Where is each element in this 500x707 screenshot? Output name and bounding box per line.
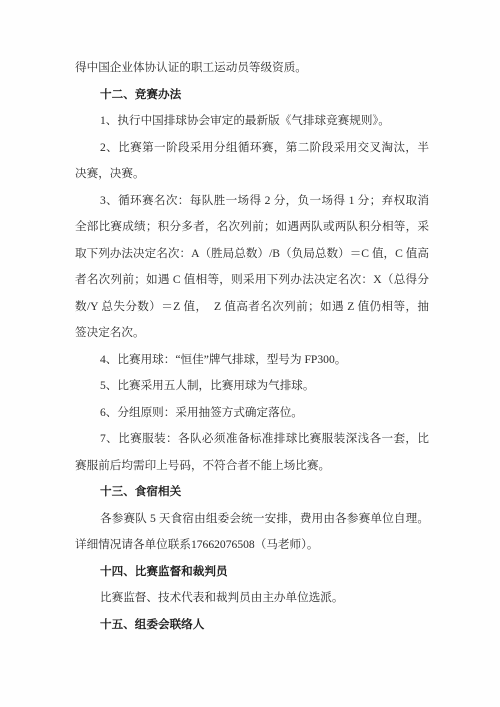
doc-line: 各参赛队 5 天食宿由组委会统一安排，费用由各参赛单位自理。 [75, 506, 429, 533]
doc-line: 得中国企业体协认证的职工运动员等级资质。 [75, 55, 429, 82]
doc-line: 签决定名次。 [75, 320, 429, 347]
doc-line: 1、执行中国排球协会审定的最新版《气排球竞赛规则》。 [75, 108, 429, 135]
doc-line: 3、循环赛名次：每队胜一场得 2 分，负一场得 1 分；弃权取消 [75, 188, 429, 215]
doc-line: 7、比赛服装：各队必须准备标准排球比赛服装深浅各一套，比 [75, 426, 429, 453]
doc-line: 者名次列前；如遇 C 值相等，则采用下列办法决定名次：X（总得分 [75, 267, 429, 294]
doc-line: 全部比赛成绩；积分多者，名次列前；如遇两队或两队积分相等，采 [75, 214, 429, 241]
section-heading: 十五、组委会联络人 [75, 612, 429, 639]
doc-line: 详细情况请各单位联系17662076508（马老师）。 [75, 532, 429, 559]
doc-line: 5、比赛采用五人制，比赛用球为气排球。 [75, 373, 429, 400]
document-text-block: 得中国企业体协认证的职工运动员等级资质。 十二、竞赛办法 1、执行中国排球协会审… [75, 55, 429, 638]
doc-line: 取下列办法决定名次：A（胜局总数）/B（负局总数）＝C 值，C 值高 [75, 241, 429, 268]
doc-line: 4、比赛用球：“恒佳”牌气排球，型号为 FP300。 [75, 347, 429, 374]
document-page: 得中国企业体协认证的职工运动员等级资质。 十二、竞赛办法 1、执行中国排球协会审… [0, 0, 500, 707]
section-heading: 十四、比赛监督和裁判员 [75, 559, 429, 586]
doc-line: 数/Y 总失分数）＝Z 值， Z 值高者名次列前；如遇 Z 值仍相等，抽 [75, 294, 429, 321]
doc-line: 2、比赛第一阶段采用分组循环赛，第二阶段采用交叉淘汰，半 [75, 135, 429, 162]
section-heading: 十三、食宿相关 [75, 479, 429, 506]
doc-line: 决赛，决赛。 [75, 161, 429, 188]
section-heading: 十二、竞赛办法 [75, 82, 429, 109]
doc-line: 赛服前后均需印上号码，不符合者不能上场比赛。 [75, 453, 429, 480]
doc-line: 比赛监督、技术代表和裁判员由主办单位选派。 [75, 585, 429, 612]
doc-line: 6、分组原则：采用抽签方式确定落位。 [75, 400, 429, 427]
